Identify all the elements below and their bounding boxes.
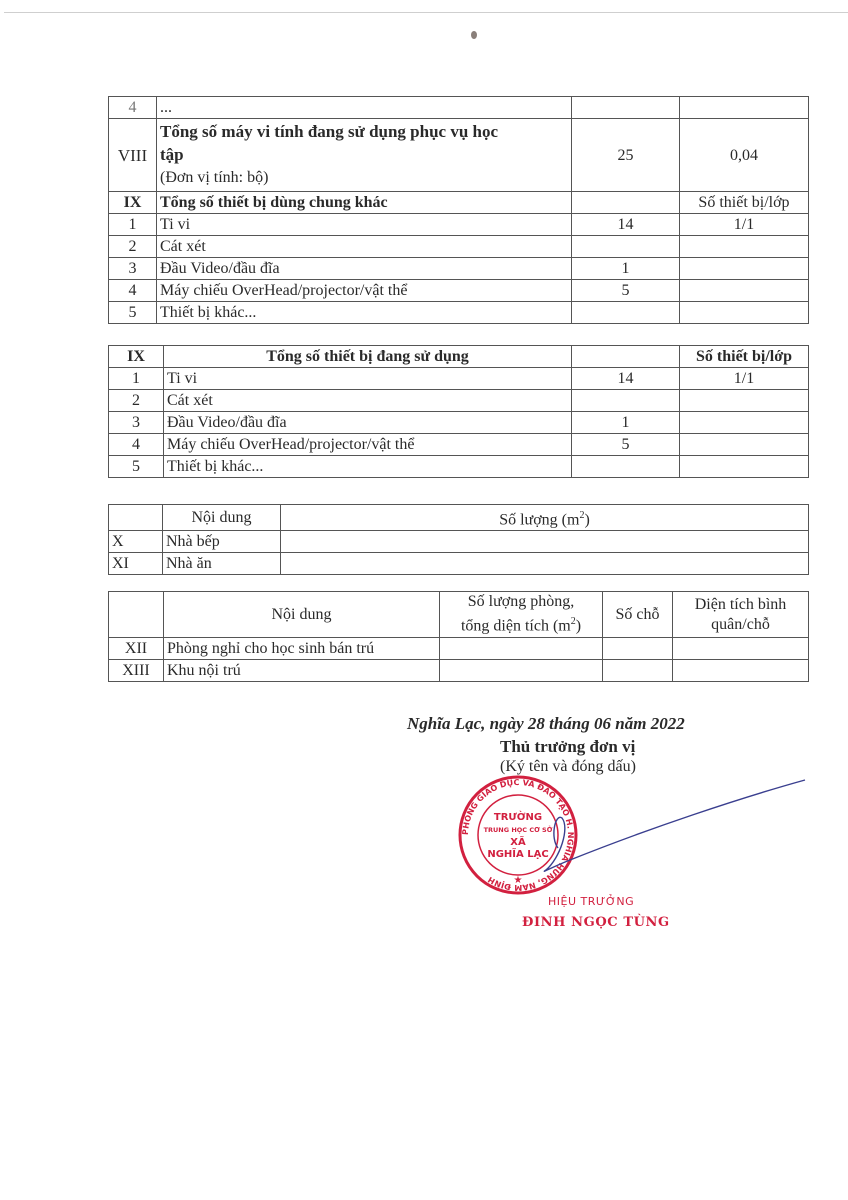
row-content: ...	[157, 97, 572, 119]
table-row: X Nhà bếp	[109, 531, 809, 553]
table-row: 4 Máy chiếu OverHead/projector/vật thể 5	[109, 280, 809, 302]
header-content: Nội dung	[163, 505, 281, 531]
row-rooms	[440, 638, 603, 660]
row-qty	[281, 553, 809, 575]
header-qty: Số lượng (m2)	[281, 505, 809, 531]
row-number: 5	[109, 456, 164, 478]
row-content: Cát xét	[157, 236, 572, 258]
row-content: Thiết bị khác...	[164, 456, 572, 478]
table-row: VIII Tổng số máy vi tính đang sử dụng ph…	[109, 119, 809, 192]
row-seats	[603, 660, 673, 682]
row-ratio: 1/1	[680, 368, 809, 390]
table-row: XIII Khu nội trú	[109, 660, 809, 682]
row-number: 2	[109, 390, 164, 412]
header-number	[109, 505, 163, 531]
table-row: 2 Cát xét	[109, 236, 809, 258]
scan-mark	[471, 31, 477, 39]
table-row: 4 Máy chiếu OverHead/projector/vật thể 5	[109, 434, 809, 456]
row-content: Cát xét	[164, 390, 572, 412]
header-avg-line1: Diện tích bình	[695, 596, 787, 613]
row-number: XIII	[109, 660, 164, 682]
page-top-edge	[4, 12, 848, 13]
row-content: Đầu Video/đầu đĩa	[157, 258, 572, 280]
row-content: Phòng nghỉ cho học sinh bán trú	[164, 638, 440, 660]
header-rooms-line1: Số lượng phòng,	[468, 593, 574, 610]
header-ratio: Số thiết bị/lớp	[680, 346, 809, 368]
table-row: 5 Thiết bị khác...	[109, 302, 809, 324]
date-line: Nghĩa Lạc, ngày 28 tháng 06 năm 2022	[407, 714, 747, 734]
row-content-line1: Tổng số máy vi tính đang sử dụng phục vụ…	[160, 122, 498, 141]
row-content: Thiết bị khác...	[157, 302, 572, 324]
row-number: IX	[109, 192, 157, 214]
row-avg	[673, 660, 809, 682]
row-content: Ti vi	[164, 368, 572, 390]
row-qty: 5	[572, 280, 680, 302]
table-header-row: IX Tổng số thiết bị đang sử dụng Số thiế…	[109, 346, 809, 368]
header-number	[109, 592, 164, 638]
handwritten-signature-icon	[520, 778, 810, 888]
table-row: 1 Ti vi 14 1/1	[109, 368, 809, 390]
table-header-row: Nội dung Số lượng phòng, tổng diện tích …	[109, 592, 809, 638]
header-number: IX	[109, 346, 164, 368]
row-number: 3	[109, 258, 157, 280]
row-qty: 1	[572, 412, 680, 434]
header-qty-text: Số lượng (m	[499, 511, 579, 528]
kitchen-dining-table: Nội dung Số lượng (m2) X Nhà bếp XI Nhà …	[108, 504, 809, 575]
row-number: VIII	[109, 119, 157, 192]
row-content: Nhà bếp	[163, 531, 281, 553]
table-row: XII Phòng nghỉ cho học sinh bán trú	[109, 638, 809, 660]
row-ratio: Số thiết bị/lớp	[680, 192, 809, 214]
row-qty: 14	[572, 214, 680, 236]
row-number: 5	[109, 302, 157, 324]
signer-name: ĐINH NGỌC TÙNG	[522, 915, 670, 930]
table-row: 5 Thiết bị khác...	[109, 456, 809, 478]
row-number: 4	[109, 97, 157, 119]
signer-role: Thủ trưởng đơn vị	[500, 737, 660, 757]
row-number: 1	[109, 214, 157, 236]
row-content: Máy chiếu OverHead/projector/vật thể	[157, 280, 572, 302]
row-qty: 1	[572, 258, 680, 280]
row-number: 2	[109, 236, 157, 258]
row-number: 3	[109, 412, 164, 434]
row-content: Tổng số máy vi tính đang sử dụng phục vụ…	[157, 119, 572, 192]
header-rooms: Số lượng phòng, tổng diện tích (m2)	[440, 592, 603, 638]
header-avg: Diện tích bình quân/chỗ	[673, 592, 809, 638]
sign-instruction: (Ký tên và đóng dấu)	[500, 758, 700, 776]
row-number: 4	[109, 434, 164, 456]
header-content: Tổng số thiết bị đang sử dụng	[164, 346, 572, 368]
row-number: XII	[109, 638, 164, 660]
row-number: 4	[109, 280, 157, 302]
table-row: XI Nhà ăn	[109, 553, 809, 575]
row-avg	[673, 638, 809, 660]
row-content: Nhà ăn	[163, 553, 281, 575]
row-qty: 5	[572, 434, 680, 456]
signer-title: HIỆU TRƯỞNG	[548, 895, 634, 908]
row-number: XI	[109, 553, 163, 575]
equipment-in-use-table: IX Tổng số thiết bị đang sử dụng Số thiế…	[108, 345, 809, 478]
row-content-line2: tập	[160, 145, 184, 164]
row-content: Khu nội trú	[164, 660, 440, 682]
header-seats: Số chỗ	[603, 592, 673, 638]
header-rooms-end: )	[576, 618, 581, 635]
row-number: X	[109, 531, 163, 553]
row-qty: 25	[572, 119, 680, 192]
table-row: IX Tổng số thiết bị dùng chung khác Số t…	[109, 192, 809, 214]
header-qty-end: )	[584, 511, 589, 528]
table-header-row: Nội dung Số lượng (m2)	[109, 505, 809, 531]
table-row: 4 ...	[109, 97, 809, 119]
row-content: Tổng số thiết bị dùng chung khác	[157, 192, 572, 214]
row-content: Đầu Video/đầu đĩa	[164, 412, 572, 434]
table-row: 3 Đầu Video/đầu đĩa 1	[109, 412, 809, 434]
row-seats	[603, 638, 673, 660]
row-content: Ti vi	[157, 214, 572, 236]
table-row: 2 Cát xét	[109, 390, 809, 412]
row-ratio: 1/1	[680, 214, 809, 236]
table-row: 1 Ti vi 14 1/1	[109, 214, 809, 236]
row-qty	[281, 531, 809, 553]
header-avg-line2: quân/chỗ	[711, 616, 770, 633]
row-ratio: 0,04	[680, 119, 809, 192]
header-rooms-line2: tổng diện tích (m	[461, 618, 571, 635]
header-content: Nội dung	[164, 592, 440, 638]
row-rooms	[440, 660, 603, 682]
table-row: 3 Đầu Video/đầu đĩa 1	[109, 258, 809, 280]
row-qty: 14	[572, 368, 680, 390]
equipment-table: 4 ... VIII Tổng số máy vi tính đang sử d…	[108, 96, 809, 324]
row-unit-note: (Đơn vị tính: bộ)	[160, 169, 268, 186]
row-number: 1	[109, 368, 164, 390]
row-content: Máy chiếu OverHead/projector/vật thể	[164, 434, 572, 456]
boarding-table: Nội dung Số lượng phòng, tổng diện tích …	[108, 591, 809, 682]
